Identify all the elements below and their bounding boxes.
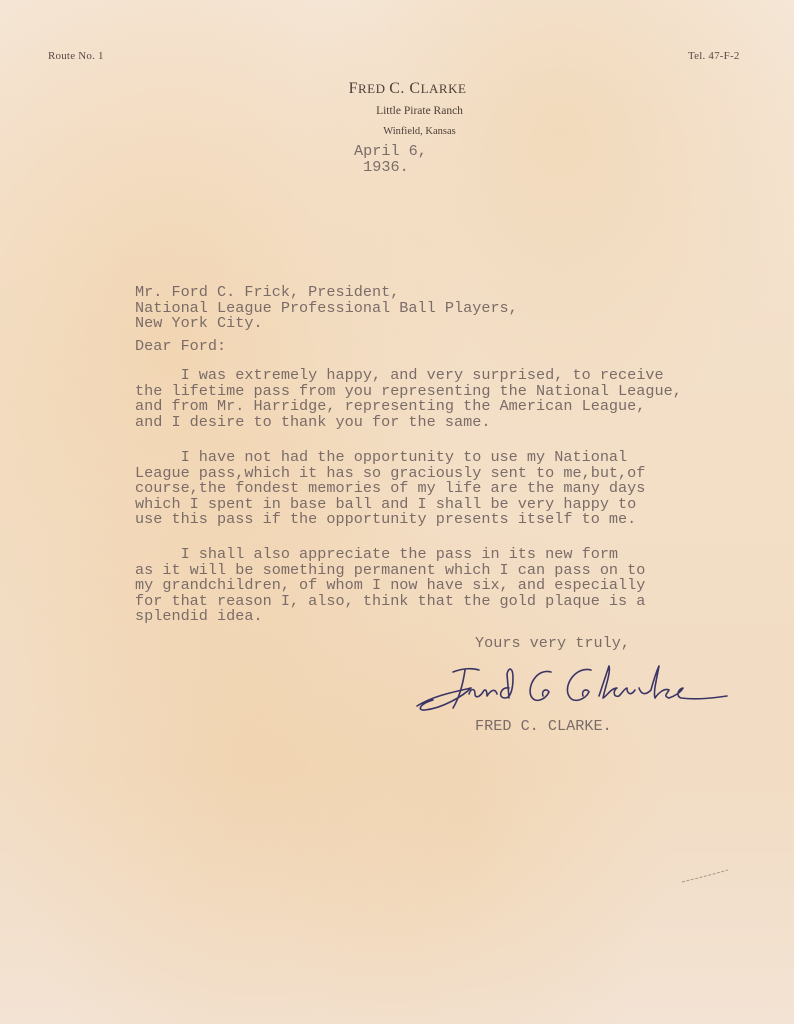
letterhead-telephone: Tel. 47-F-2 — [688, 50, 740, 62]
typed-signatory-name: FRED C. CLARKE. — [475, 719, 612, 735]
pencil-mark — [680, 868, 730, 884]
letterhead-name-red: RED — [358, 81, 389, 96]
handwritten-signature — [413, 658, 733, 714]
letterhead-name-c: C — [409, 80, 420, 97]
letterhead-route: Route No. 1 — [48, 50, 104, 62]
body-paragraph-3: I shall also appreciate the pass in its … — [135, 547, 645, 625]
recipient-address: Mr. Ford C. Frick, President, National L… — [135, 285, 518, 332]
letterhead-location: Winfield, Kansas — [312, 126, 527, 137]
letterhead-name: FRED C. CLARKE — [300, 80, 515, 98]
closing: Yours very truly, — [475, 636, 630, 652]
letterhead-ranch: Little Pirate Ranch — [312, 105, 527, 117]
letterhead-name-larke: LARKE — [421, 81, 467, 96]
salutation: Dear Ford: — [135, 339, 226, 355]
letter-date: April 6, 1936. — [354, 144, 427, 175]
body-paragraph-1: I was extremely happy, and very surprise… — [135, 368, 682, 430]
body-paragraph-2: I have not had the opportunity to use my… — [135, 450, 645, 528]
letterhead-name-middle: C. — [389, 80, 409, 97]
letterhead-name-f: F — [349, 80, 358, 97]
